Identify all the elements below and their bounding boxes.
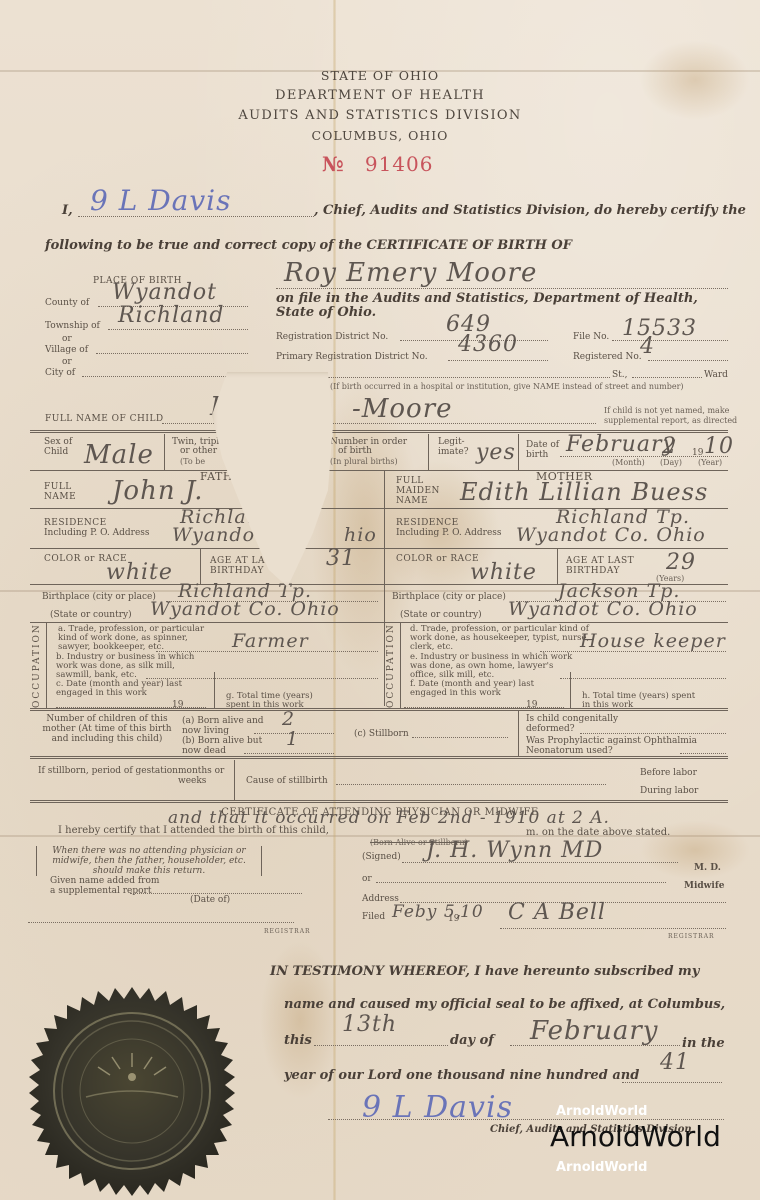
or-label: or (362, 874, 372, 884)
or-label: or (62, 334, 72, 344)
watermark-small: ArnoldWorld (556, 1104, 647, 1119)
watermark-large: ArnoldWorld (550, 1120, 721, 1153)
mother-residence-line2: Wyandot Co. Ohio (516, 524, 706, 546)
prophylactic-line (680, 753, 726, 754)
file-no-value: 15533 (622, 316, 697, 341)
col-divider (234, 760, 235, 800)
col-divider (570, 672, 571, 708)
mother-color-label: COLOR or RACE (396, 554, 479, 564)
father-name-value: John J. (112, 476, 204, 506)
dob-line (560, 456, 728, 457)
dob-month: February (566, 432, 676, 457)
col-divider (428, 434, 429, 470)
mother-residence-sub: Including P. O. Address (396, 528, 502, 538)
mother-occ-d: d. Trade, profession, or particular kind… (410, 625, 600, 652)
this-label: this (284, 1033, 312, 1048)
mother-age-label: AGE AT LAST BIRTHDAY (566, 556, 656, 576)
col-divider (557, 548, 558, 584)
father-occ-a-value: Farmer (232, 630, 309, 652)
day-caption: (Day) (660, 458, 682, 467)
file-no-label: File No. (573, 332, 609, 342)
cause-line (336, 784, 606, 785)
col-divider (46, 622, 47, 708)
section-rule (30, 470, 728, 471)
physician-m-text: m. on the date above stated. (526, 828, 670, 838)
month-value: February (530, 1016, 658, 1046)
signature-line (78, 216, 314, 217)
day-of-label: day of (450, 1033, 494, 1048)
st-label: St., (612, 370, 628, 380)
unnamed-note: If child is not yet named, make (604, 406, 729, 415)
father-state-value: Wyandot Co. Ohio (150, 598, 340, 620)
primary-reg-value: 4360 (458, 332, 518, 357)
parent-divider (384, 470, 385, 706)
legit-value: yes (476, 440, 516, 465)
physician-handwritten-insert: and that it occurred on Feb 2nd - 1910 a… (168, 808, 610, 828)
month-line (510, 1045, 680, 1046)
county-label: County of (45, 298, 89, 308)
name-line (276, 288, 728, 289)
registered-no-line (648, 360, 728, 361)
order-label: (In plural births) (330, 457, 398, 466)
township-label: Township of (45, 321, 100, 331)
mother-name-value: Edith Lillian Buess (460, 478, 708, 506)
child-name-handwritten: Roy Emery Moore (284, 258, 537, 288)
midwife-line (376, 882, 666, 883)
physician-signature: J. H. Wynn MD (426, 838, 603, 863)
filed-year-prefix: 19 (448, 914, 459, 924)
child-name-label: FULL NAME OF CHILD (45, 414, 164, 424)
street-line (328, 377, 610, 378)
registered-no-value: 4 (640, 334, 655, 359)
father-residence-state: hio (344, 524, 377, 546)
father-occ-c: c. Date (month and year) last engaged in… (56, 680, 206, 698)
section-rule (30, 800, 728, 803)
mother-age-value: 29 (666, 550, 696, 575)
mother-occupation-side: OCCUPATION (386, 626, 396, 708)
father-age-value: 31 (326, 546, 356, 571)
city-label: City of (45, 368, 75, 378)
order-label: of birth (338, 446, 372, 456)
mother-residence-label: RESIDENCE (396, 518, 459, 528)
ward-line (632, 377, 702, 378)
child-name-last: -Moore (352, 394, 453, 424)
year-text: year of our Lord one thousand nine hundr… (284, 1068, 639, 1083)
year-value: 41 (660, 1050, 690, 1075)
col-divider (200, 548, 201, 584)
certificate-number: № 91406 (322, 152, 433, 176)
deformed-line (580, 733, 726, 734)
header-department: DEPARTMENT OF HEALTH (0, 88, 760, 103)
certify-prefix: I, (62, 203, 73, 218)
father-color-value: white (106, 560, 173, 585)
father-occ-a: a. Trade, profession, or particular kind… (58, 625, 208, 652)
registrar-signature: C A Bell (508, 900, 606, 925)
before-labor-label: Before labor (640, 768, 697, 778)
sex-label: Sex of Child (44, 437, 84, 457)
row-rule (30, 622, 728, 623)
col-divider (214, 672, 215, 708)
md-label: M. D. (694, 863, 721, 873)
father-birthplace-label: Birthplace (city or place) (42, 592, 156, 602)
file-no-line (612, 340, 728, 341)
section-rule (30, 708, 728, 711)
filed-label: Filed (362, 912, 385, 922)
father-occ-b: b. Industry or business in which work wa… (56, 653, 206, 680)
chief-signature-top: 9 L Davis (90, 184, 232, 217)
mother-state-value: Wyandot Co. Ohio (508, 598, 698, 620)
in-the-label: in the (682, 1036, 725, 1051)
number-value: 91406 (365, 152, 434, 176)
filed-year-suffix: 10 (460, 902, 484, 922)
twin-label: or other (180, 446, 217, 456)
township-value: Richland (118, 303, 225, 328)
midwife-label: Midwife (684, 881, 724, 891)
primary-reg-line (448, 360, 548, 361)
village-label: Village of (45, 345, 88, 355)
stillborn-period-label: If stillborn, period of gestation (38, 766, 178, 776)
months-weeks-label: months or weeks (178, 766, 230, 786)
children-a-value: 2 (282, 708, 295, 730)
header-city: COLUMBUS, OHIO (0, 128, 760, 143)
signed-label: (Signed) (362, 852, 401, 862)
day-line (314, 1045, 448, 1046)
section-rule (30, 756, 728, 759)
twin-label: (To be (180, 457, 205, 466)
col-divider (164, 434, 165, 470)
dob-label: Date of birth (526, 440, 566, 460)
registrar-caption: REGISTRAR (264, 928, 311, 935)
children-c-label: (c) Stillborn (354, 729, 409, 739)
legit-label: Legit-imate? (438, 437, 472, 457)
header-division: AUDITS AND STATISTICS DIVISION (0, 108, 760, 123)
watermark-small: ArnoldWorld (556, 1160, 647, 1175)
mother-occ-d-value: House keeper (580, 630, 726, 652)
hospital-note: (If birth occurred in a hospital or inst… (330, 382, 684, 391)
township-line (108, 329, 248, 330)
no-physician-note: When there was no attending physician or… (36, 846, 262, 876)
sex-value: Male (84, 440, 154, 470)
county-value: Wyandot (112, 280, 217, 305)
children-label: Number of children of this mother (At ti… (40, 714, 174, 744)
certify-line1: , Chief, Audits and Statistics Division,… (314, 203, 746, 218)
father-residence-label: RESIDENCE (44, 518, 107, 528)
mother-name-label: FULL MAIDEN NAME (396, 476, 446, 506)
col-divider (518, 434, 519, 470)
registrar-line (500, 928, 726, 929)
year-caption: (Year) (698, 458, 722, 467)
registered-no-label: Registered No. (573, 352, 642, 362)
father-residence-line2: Wyandot (172, 524, 264, 546)
or-label: or (62, 357, 72, 367)
month-caption: (Month) (612, 458, 645, 467)
during-labor-label: During labor (640, 786, 698, 796)
primary-reg-label: Primary Registration District No. (276, 352, 428, 362)
father-occupation-side: OCCUPATION (32, 626, 42, 708)
year-line (622, 1082, 722, 1083)
father-residence-sub: Including P. O. Address (44, 528, 150, 538)
certify-line2: following to be true and correct copy of… (45, 238, 572, 253)
mother-color-value: white (470, 560, 537, 585)
city-line (82, 376, 248, 377)
reg-district-label: Registration District No. (276, 332, 388, 342)
mother-occ-f: f. Date (month and year) last engaged in… (410, 680, 570, 698)
row-rule (384, 548, 728, 549)
official-seal-icon (22, 985, 242, 1197)
signed-line (402, 862, 678, 863)
ward-label: Ward (704, 370, 728, 380)
mother-state-label: (State or country) (400, 610, 482, 620)
mother-occ-e: e. Industry or business in which work wa… (410, 653, 580, 680)
village-line (96, 353, 248, 354)
father-name-label: FULL NAME (44, 482, 84, 502)
children-line (244, 753, 334, 754)
father-state-label: (State or country) (50, 610, 132, 620)
mother-birthplace-label: Birthplace (city or place) (392, 592, 506, 602)
col-divider (400, 622, 401, 708)
number-label: № (322, 152, 344, 176)
registrar-caption: REGISTRAR (668, 933, 715, 940)
cause-label: Cause of stillbirth (246, 776, 328, 786)
registrar-line (28, 922, 294, 923)
date-of-caption: (Date of) (190, 895, 230, 905)
occ-line (560, 678, 726, 679)
testimony-line1: IN TESTIMONY WHEREOF, I have hereunto su… (270, 964, 699, 979)
children-b-value: 1 (286, 728, 299, 750)
given-name-line (130, 893, 302, 894)
testimony-line2: name and caused my official seal to be a… (284, 997, 725, 1012)
col-divider (518, 710, 519, 756)
header-state: STATE OF OHIO (0, 68, 760, 83)
unnamed-note: supplemental report, as directed (604, 416, 737, 425)
day-value: 13th (342, 1012, 397, 1037)
deformed-label: Is child congenitally deformed? (526, 714, 636, 734)
children-line (412, 737, 508, 738)
